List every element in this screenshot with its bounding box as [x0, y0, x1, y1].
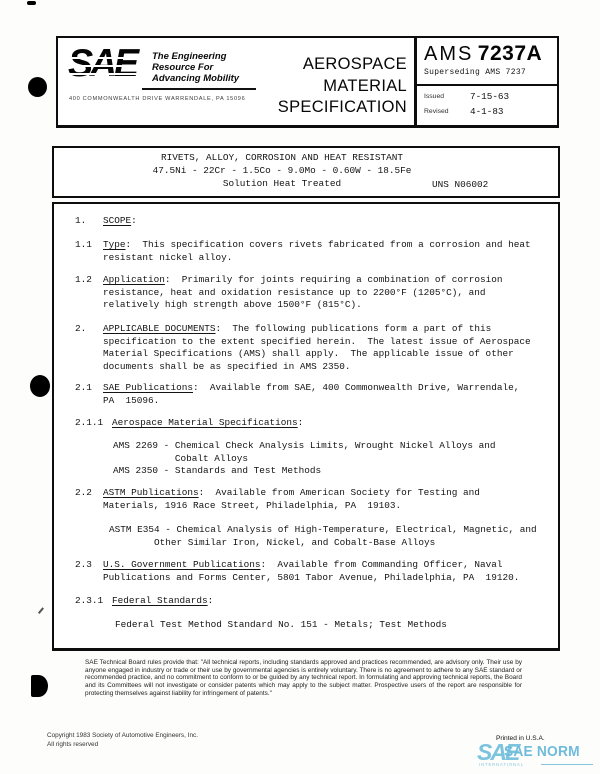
- section-number: 2.1: [75, 382, 92, 395]
- spec-body-box: 1.SCOPE: 1.1Type: This specification cov…: [52, 202, 560, 651]
- section-number: 2.: [75, 323, 86, 336]
- federal-standard-reference: Federal Test Method Standard No. 151 - M…: [115, 619, 561, 632]
- section-1-2-application: 1.2Application: Primarily for joints req…: [75, 274, 559, 312]
- doc-type-line-3: SPECIFICATION: [198, 97, 407, 119]
- section-2-2-astm-publications: 2.2ASTM Publications: Available from Ame…: [75, 487, 559, 512]
- issued-date: 7-15-63: [470, 91, 509, 102]
- section-text: :: [131, 215, 137, 226]
- watermark-text: SAE NORM: [504, 744, 580, 760]
- printed-in-usa-label: Printed in U.S.A.: [496, 735, 545, 742]
- astm-reference-list: ASTM E354 - Chemical Analysis of High-Te…: [109, 524, 555, 549]
- section-number: 2.3.1: [75, 595, 103, 608]
- section-heading: Application: [103, 274, 165, 285]
- scan-speck: [27, 1, 36, 5]
- section-heading: SAE Publications: [103, 382, 193, 393]
- section-heading: ASTM Publications: [103, 487, 199, 498]
- section-1-1-type: 1.1Type: This specification covers rivet…: [75, 239, 559, 264]
- doc-type-line-2: MATERIAL: [198, 76, 407, 98]
- spec-title: RIVETS, ALLOY, CORROSION AND HEAT RESIST…: [54, 152, 510, 163]
- section-2-1-1-aerospace-material-specifications: 2.1.1Aerospace Material Specifications:: [75, 417, 559, 430]
- ams-reference-list: AMS 2269 - Chemical Check Analysis Limit…: [113, 440, 559, 478]
- section-number: 1.2: [75, 274, 92, 287]
- issued-label: Issued: [424, 93, 444, 100]
- header-vertical-divider: [414, 38, 417, 125]
- alloy-composition: 47.5Ni - 22Cr - 1.5Co - 9.0Mo - 0.60W - …: [54, 165, 510, 176]
- section-text: Federal Test Method Standard No. 151 - M…: [115, 619, 447, 630]
- section-text: :: [208, 595, 214, 606]
- revised-date: 4-1-83: [470, 106, 503, 117]
- section-heading: Aerospace Material Specifications: [112, 417, 298, 428]
- sae-logo: SAE: [68, 46, 150, 86]
- uns-code: UNS N06002: [432, 179, 488, 190]
- header-horizontal-divider: [414, 84, 557, 86]
- superseding-note: Superseding AMS 7237: [424, 68, 526, 77]
- rights-line: All rights reserved: [47, 741, 198, 750]
- section-heading: SCOPE: [103, 215, 131, 226]
- section-heading: Federal Standards: [112, 595, 208, 606]
- section-heading: APPLICABLE DOCUMENTS: [103, 323, 216, 334]
- title-box: RIVETS, ALLOY, CORROSION AND HEAT RESIST…: [52, 146, 560, 198]
- section-2-1-sae-publications: 2.1SAE Publications: Available from SAE,…: [75, 382, 559, 407]
- scan-mark: [38, 607, 44, 613]
- punch-hole-middle: [30, 375, 50, 397]
- sae-norm-watermark: SAE SAE NORM INTERNATIONAL: [477, 738, 599, 768]
- logo-stripe: [68, 57, 150, 59]
- section-number: 1.1: [75, 239, 92, 252]
- copyright-line: Copyright 1983 Society of Automotive Eng…: [47, 732, 198, 741]
- section-number: 2.1.1: [75, 417, 103, 430]
- punch-hole-top: [28, 77, 47, 97]
- section-2-3-1-federal-standards: 2.3.1Federal Standards:: [75, 595, 559, 608]
- logo-stripe: [68, 65, 150, 67]
- section-text: :: [298, 417, 304, 428]
- document-type-title: AEROSPACE MATERIAL SPECIFICATION: [198, 54, 407, 119]
- spec-number: AMS 7237A: [424, 42, 542, 66]
- watermark-rule: [541, 764, 593, 765]
- watermark-subtext: INTERNATIONAL: [479, 762, 524, 767]
- section-number: 2.2: [75, 487, 92, 500]
- section-2-applicable-documents: 2.APPLICABLE DOCUMENTS: The following pu…: [75, 323, 559, 373]
- punch-hole-bottom: [31, 675, 48, 697]
- copyright-notice: Copyright 1983 Society of Automotive Eng…: [47, 732, 198, 749]
- spec-number-value: 7237A: [478, 42, 542, 65]
- section-text: ASTM E354 - Chemical Analysis of High-Te…: [109, 524, 537, 548]
- header-box: SAE The Engineering Resource For Advanci…: [56, 36, 559, 128]
- section-number: 1.: [75, 215, 86, 228]
- section-text: AMS 2269 - Chemical Check Analysis Limit…: [113, 440, 496, 476]
- doc-type-line-1: AEROSPACE: [198, 54, 407, 76]
- technical-board-rules-notice: SAE Technical Board rules provide that: …: [85, 659, 522, 698]
- spec-number-prefix: AMS: [424, 43, 473, 65]
- section-heading: Type: [103, 239, 126, 250]
- section-text: : This specification covers rivets fabri…: [103, 239, 531, 263]
- section-number: 2.3: [75, 559, 92, 572]
- section-1-scope: 1.SCOPE:: [75, 215, 559, 228]
- revised-label: Revised: [424, 108, 449, 115]
- logo-stripe: [68, 73, 150, 75]
- section-2-3-us-government-publications: 2.3U.S. Government Publications: Availab…: [75, 559, 559, 584]
- scanned-spec-page: SAE The Engineering Resource For Advanci…: [0, 0, 600, 774]
- section-heading: U.S. Government Publications: [103, 559, 261, 570]
